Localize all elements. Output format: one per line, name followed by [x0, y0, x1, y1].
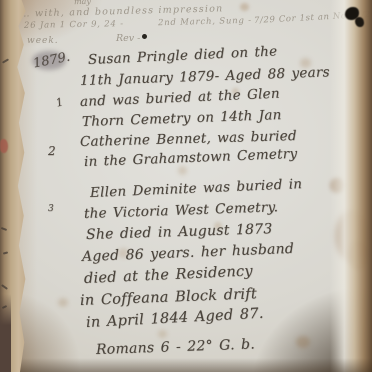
curled-page-edge	[330, 0, 372, 372]
register-line: in the Grahamstown Cemetry	[84, 146, 298, 170]
register-line: died at the Residency	[84, 263, 254, 287]
register-entries: Susan Pringle died on the 11th January 1…	[78, 0, 372, 372]
register-line: in April 1844 Aged 87.	[86, 306, 264, 331]
bottom-page-shadow	[0, 358, 372, 372]
red-paper-fleck	[0, 139, 8, 153]
register-line: Ellen Deminite was buried in	[90, 176, 303, 201]
register-line: the Victoria West Cemetry.	[84, 199, 279, 222]
register-line: Susan Pringle died on the	[88, 43, 278, 68]
register-line: in Coffeana Block drift	[80, 286, 258, 309]
faded-word-week: week.	[27, 36, 59, 46]
register-line: Thorn Cemetry on 14th Jan	[82, 107, 282, 130]
margin-entry-number: 2	[48, 144, 56, 158]
register-line: and was buried at the Glen	[80, 86, 280, 110]
register-line: She died in August 1873	[86, 221, 273, 243]
register-line: 11th January 1879- Aged 88 years	[80, 64, 330, 89]
register-line: Aged 86 years. her husband	[82, 241, 295, 265]
register-line: Romans 6 - 22° G. b.	[96, 336, 256, 358]
register-page-photo: may … with, and boundless impression 26 …	[0, 0, 372, 372]
margin-entry-number: 3	[48, 204, 54, 214]
